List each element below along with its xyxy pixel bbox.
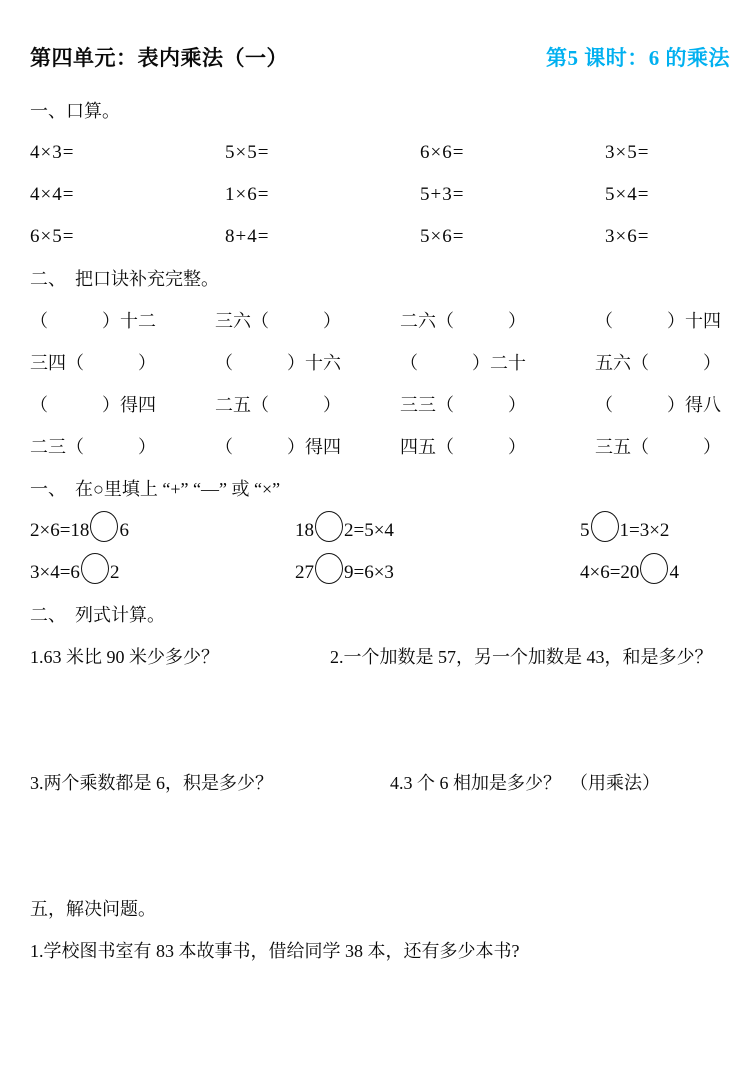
- equation-left: 2×6=18: [30, 520, 89, 541]
- operator-circle: [591, 511, 619, 542]
- oral-problem: 5+3=: [420, 174, 605, 216]
- word-problem: 1.63 米比 90 米少多少？: [30, 636, 330, 678]
- word-problem: 3.两个乘数都是 6，积是多少？: [30, 762, 390, 804]
- equation-left: 18: [295, 520, 314, 541]
- word-problem: 2.一个加数是 57，另一个加数是 43，和是多少？: [330, 636, 730, 678]
- oral-problem: 6×5=: [30, 216, 225, 258]
- rhyme-blank: （ ）得八: [595, 384, 730, 426]
- operator-circle: [315, 511, 343, 542]
- oral-problem: 4×3=: [30, 132, 225, 174]
- oral-problem: 3×6=: [605, 216, 730, 258]
- word-problem: 4.3 个 6 相加是多少？ （用乘法）: [390, 762, 730, 804]
- equation-right: 4: [669, 562, 679, 583]
- fill-circle-heading: 一、 在○里填上 “+” “—” 或 “×”: [30, 468, 730, 510]
- equation-left: 4×6=20: [580, 562, 639, 583]
- oral-problem: 6×6=: [420, 132, 605, 174]
- rhyme-blank: （ ）二十: [400, 342, 595, 384]
- oral-problem: 8+4=: [225, 216, 420, 258]
- rhyme-blank: 五六（ ）: [595, 342, 730, 384]
- unit-title: 第四单元：表内乘法（一）: [30, 44, 288, 72]
- equation-left: 27: [295, 562, 314, 583]
- operator-circle: [90, 511, 118, 542]
- rhyme-blank: 二三（ ）: [30, 426, 215, 468]
- rhyme-blank: 二六（ ）: [400, 300, 595, 342]
- rhyme-blank: 三四（ ）: [30, 342, 215, 384]
- equation-left: 5: [580, 520, 590, 541]
- rhyme-blank: （ ）得四: [215, 426, 400, 468]
- oral-problem: 5×5=: [225, 132, 420, 174]
- answer-space: [30, 678, 730, 762]
- rhyme-blank: （ ）十二: [30, 300, 215, 342]
- rhymes-grid: （ ）十二 三六（ ） 二六（ ） （ ）十四 三四（ ） （ ）十六 （ ）二…: [30, 300, 730, 468]
- oral-problem: 4×4=: [30, 174, 225, 216]
- circle-problem: 51=3×2: [580, 510, 730, 552]
- circle-problem: 182=5×4: [295, 510, 580, 552]
- rhyme-blank: 二五（ ）: [215, 384, 400, 426]
- answer-space: [30, 804, 730, 888]
- circle-problem: 279=6×3: [295, 552, 580, 594]
- equation-right: 6: [119, 520, 129, 541]
- fill-circle-grid: 2×6=186 182=5×4 51=3×2 3×4=62 279=6×3 4×…: [30, 510, 730, 594]
- rhyme-blank: （ ）十四: [595, 300, 730, 342]
- oral-problem: 5×6=: [420, 216, 605, 258]
- equation-left: 3×4=6: [30, 562, 80, 583]
- rhyme-blank: （ ）十六: [215, 342, 400, 384]
- operator-circle: [315, 553, 343, 584]
- circle-problem: 2×6=186: [30, 510, 295, 552]
- equation-right: 9=6×3: [344, 562, 394, 583]
- solve-heading: 五，解决问题。: [30, 888, 730, 930]
- rhymes-heading: 二、 把口诀补充完整。: [30, 258, 730, 300]
- rhyme-blank: 三三（ ）: [400, 384, 595, 426]
- title-row: 第四单元：表内乘法（一） 第5 课时：6 的乘法: [30, 44, 730, 72]
- rhyme-blank: 三五（ ）: [595, 426, 730, 468]
- word-problem: 1.学校图书室有 83 本故事书，借给同学 38 本，还有多少本书?: [30, 930, 730, 972]
- written-problems-row1: 1.63 米比 90 米少多少？ 2.一个加数是 57，另一个加数是 43，和是…: [30, 636, 730, 678]
- operator-circle: [81, 553, 109, 584]
- rhyme-blank: 四五（ ）: [400, 426, 595, 468]
- oral-problem: 5×4=: [605, 174, 730, 216]
- written-heading: 二、 列式计算。: [30, 594, 730, 636]
- operator-circle: [640, 553, 668, 584]
- rhyme-blank: 三六（ ）: [215, 300, 400, 342]
- oral-problem: 3×5=: [605, 132, 730, 174]
- worksheet-page: 第四单元：表内乘法（一） 第5 课时：6 的乘法 一、口算。 4×3= 5×5=…: [0, 0, 756, 1071]
- oral-problem: 1×6=: [225, 174, 420, 216]
- oral-heading: 一、口算。: [30, 90, 730, 132]
- circle-problem: 4×6=204: [580, 552, 730, 594]
- written-problems-row2: 3.两个乘数都是 6，积是多少？ 4.3 个 6 相加是多少？ （用乘法）: [30, 762, 730, 804]
- equation-right: 2: [110, 562, 120, 583]
- oral-problems-grid: 4×3= 5×5= 6×6= 3×5= 4×4= 1×6= 5+3= 5×4= …: [30, 132, 730, 258]
- equation-right: 1=3×2: [620, 520, 670, 541]
- rhyme-blank: （ ）得四: [30, 384, 215, 426]
- lesson-title: 第5 课时：6 的乘法: [546, 44, 730, 72]
- equation-right: 2=5×4: [344, 520, 394, 541]
- circle-problem: 3×4=62: [30, 552, 295, 594]
